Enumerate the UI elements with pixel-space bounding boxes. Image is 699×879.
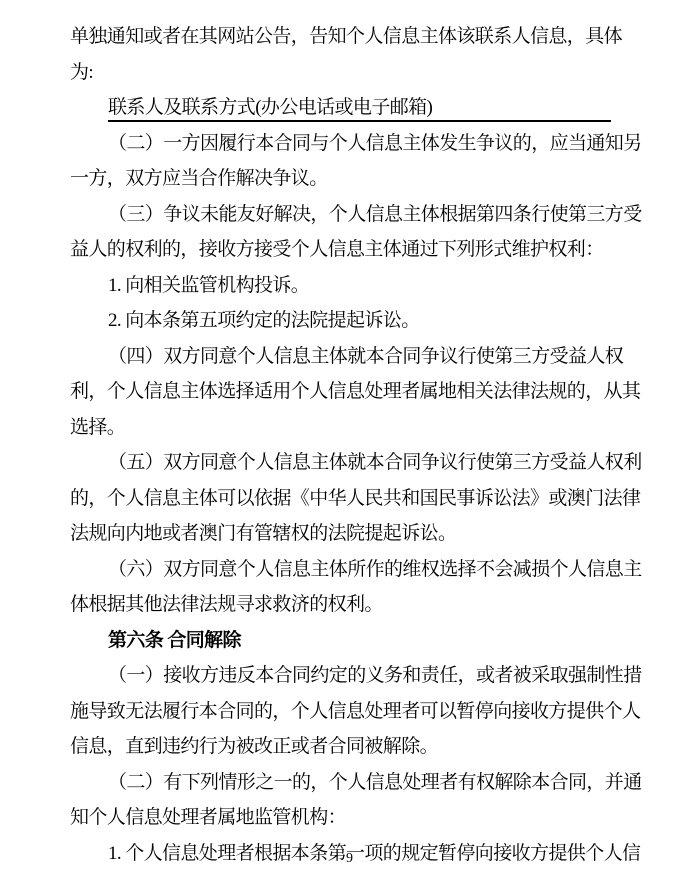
document-line: （五）双方同意个人信息主体就本合同争议行使第三方受益人权利 [70, 445, 630, 481]
document-line: 选择。 [70, 410, 630, 446]
document-line: 单独通知或者在其网站公告，告知个人信息主体该联系人信息，具体 [70, 19, 630, 55]
document-line: （二）有下列情形之一的，个人信息处理者有权解除本合同，并通 [70, 765, 630, 801]
contact-info-row: 联系人及联系方式(办公电话或电子邮箱) [70, 90, 630, 126]
page-content: 单独通知或者在其网站公告，告知个人信息主体该联系人信息，具体 为: 联系人及联系… [70, 19, 630, 871]
document-line: （一）接收方违反本合同约定的义务和责任，或者被采取强制性措 [70, 658, 630, 694]
document-list-item: 2. 向本条第五项约定的法院提起诉讼。 [70, 303, 630, 339]
document-line: 体根据其他法律法规寻求救济的权利。 [70, 587, 630, 623]
document-line: 益人的权利的，接收方接受个人信息主体通过下列形式维护权利： [70, 232, 630, 268]
document-line: 利，个人信息主体选择适用个人信息处理者属地相关法律法规的，从其 [70, 374, 630, 410]
document-line: （四）双方同意个人信息主体就本合同争议行使第三方受益人权 [70, 339, 630, 375]
document-line: 的，个人信息主体可以依据《中华人民共和国民事诉讼法》或澳门法律 [70, 481, 630, 517]
document-line: 法规向内地或者澳门有管辖权的法院提起诉讼。 [70, 516, 630, 552]
contact-method-underline: 联系人及联系方式(办公电话或电子邮箱) [108, 96, 611, 122]
document-line: （三）争议未能友好解决，个人信息主体根据第四条行使第三方受 [70, 197, 630, 233]
document-line: 一方，双方应当合作解决争议。 [70, 161, 630, 197]
document-list-item: 1. 向相关监管机构投诉。 [70, 268, 630, 304]
document-line: 信息，直到违约行为被改正或者合同被解除。 [70, 729, 630, 765]
document-line: 为: [70, 55, 630, 91]
document-page: 单独通知或者在其网站公告，告知个人信息主体该联系人信息，具体 为: 联系人及联系… [0, 0, 699, 879]
document-line: 施导致无法履行本合同的，个人信息处理者可以暂停向接收方提供个人 [70, 694, 630, 730]
document-line: 知个人信息处理者属地监管机构： [70, 800, 630, 836]
document-line: （二）一方因履行本合同与个人信息主体发生争议的，应当通知另 [70, 126, 630, 162]
page-number: 9 [0, 849, 699, 869]
document-line: （六）双方同意个人信息主体所作的维权选择不会减损个人信息主 [70, 552, 630, 588]
section-heading: 第六条 合同解除 [70, 623, 630, 659]
